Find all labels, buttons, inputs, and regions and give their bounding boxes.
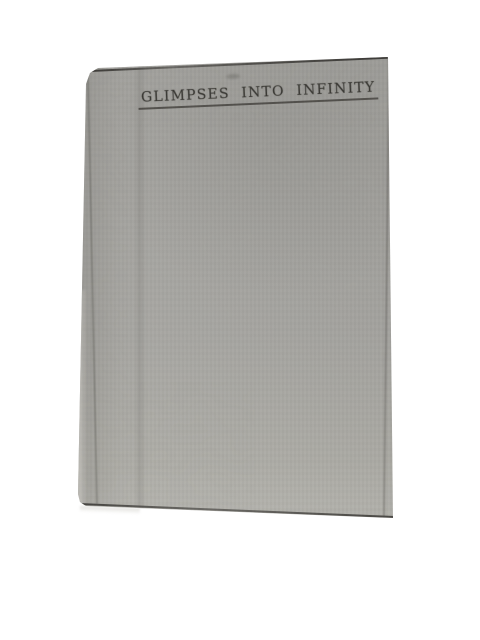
page-block-edge <box>80 506 140 514</box>
book-photograph: GLIMPSES INTO INFINITY <box>0 0 480 640</box>
spine-hinge-groove <box>134 56 146 512</box>
spine-worn-edge <box>77 290 87 505</box>
book-cover: GLIMPSES INTO INFINITY <box>0 0 480 640</box>
